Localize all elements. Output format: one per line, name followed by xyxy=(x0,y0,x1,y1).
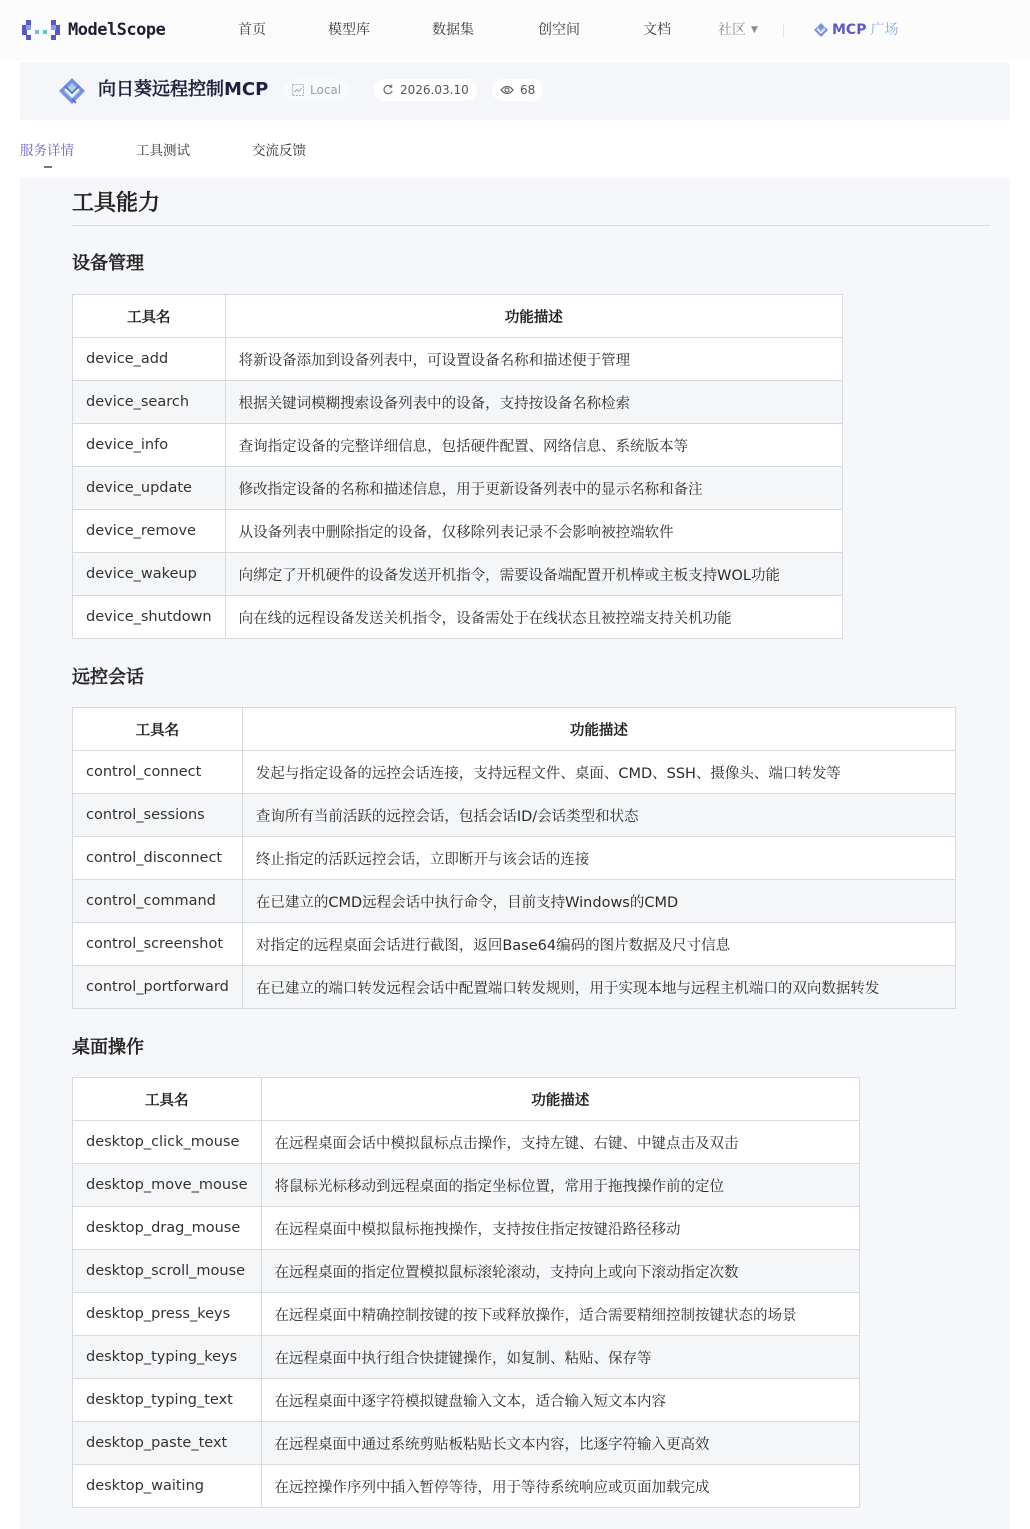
tool-description: 修改指定设备的名称和描述信息，用于更新设备列表中的显示名称和备注 xyxy=(225,467,842,510)
tool-description: 在远程桌面中通过系统剪贴板粘贴长文本内容，比逐字符输入更高效 xyxy=(261,1422,860,1465)
tool-description: 在远程桌面会话中模拟鼠标点击操作，支持左键、右键、中键点击及双击 xyxy=(261,1121,860,1164)
tool-name: desktop_typing_text xyxy=(73,1379,262,1422)
subsection-title-desktop-operations: 桌面操作 xyxy=(72,1035,144,1061)
nav-studios[interactable]: 创空间 xyxy=(538,20,580,40)
table-row: desktop_scroll_mouse在远程桌面的指定位置模拟鼠标滚轮滚动，支… xyxy=(73,1250,860,1293)
chevron-down-icon: ▼ xyxy=(751,25,758,35)
tool-description: 查询所有当前活跃的远控会话，包括会话ID/会话类型和状态 xyxy=(242,794,955,837)
tool-name: desktop_move_mouse xyxy=(73,1164,262,1207)
table-row: desktop_click_mouse在远程桌面会话中模拟鼠标点击操作，支持左键… xyxy=(73,1121,860,1164)
table-row: desktop_typing_text在远程桌面中逐字符模拟键盘输入文本，适合输… xyxy=(73,1379,860,1422)
refresh-icon xyxy=(382,84,394,96)
nav-mcp-label-b: 广场 xyxy=(870,20,898,40)
views-badge: 68 xyxy=(492,79,543,101)
tab-tool-testing[interactable]: 工具测试 xyxy=(136,141,190,161)
table-header-row: 工具名 功能描述 xyxy=(73,708,956,751)
table-row: control_portforward在已建立的端口转发远程会话中配置端口转发规… xyxy=(73,966,956,1009)
active-tab-indicator xyxy=(44,166,52,168)
table-header-row: 工具名 功能描述 xyxy=(73,295,843,338)
table-row: device_update修改指定设备的名称和描述信息，用于更新设备列表中的显示… xyxy=(73,467,843,510)
table-row: device_search根据关键词模糊搜索设备列表中的设备，支持按设备名称检索 xyxy=(73,381,843,424)
detail-tabs: 服务详情 工具测试 交流反馈 xyxy=(0,138,1030,176)
tool-name: desktop_typing_keys xyxy=(73,1336,262,1379)
modelscope-logo-icon xyxy=(22,18,60,42)
tool-description: 在远程桌面中精确控制按键的按下或释放操作，适合需要精细控制按键状态的场景 xyxy=(261,1293,860,1336)
tool-description: 将鼠标光标移动到远程桌面的指定坐标位置，常用于拖拽操作前的定位 xyxy=(261,1164,860,1207)
local-deploy-icon xyxy=(292,84,304,96)
table-row: device_remove从设备列表中删除指定的设备，仅移除列表记录不会影响被控… xyxy=(73,510,843,553)
tool-name: device_remove xyxy=(73,510,226,553)
service-header-card: 向日葵远程控制MCP Local 2026.03.10 68 xyxy=(20,62,1010,120)
local-badge-label: Local xyxy=(310,83,341,97)
column-header-tool-name: 工具名 xyxy=(73,1078,262,1121)
tool-description: 查询指定设备的完整详细信息，包括硬件配置、网络信息、系统版本等 xyxy=(225,424,842,467)
tool-description: 在远程桌面中模拟鼠标拖拽操作，支持按住指定按键沿路径移动 xyxy=(261,1207,860,1250)
tool-description: 在远程桌面中执行组合快捷键操作，如复制、粘贴、保存等 xyxy=(261,1336,860,1379)
tool-name: desktop_paste_text xyxy=(73,1422,262,1465)
nav-community-label: 社区 xyxy=(718,22,746,38)
tool-name: desktop_drag_mouse xyxy=(73,1207,262,1250)
nav-models[interactable]: 模型库 xyxy=(328,20,370,40)
column-header-description: 功能描述 xyxy=(242,708,955,751)
local-badge: Local xyxy=(284,79,349,101)
nav-docs[interactable]: 文档 xyxy=(643,20,671,40)
eye-icon xyxy=(500,84,514,96)
table-row: device_add将新设备添加到设备列表中，可设置设备名称和描述便于管理 xyxy=(73,338,843,381)
service-icon xyxy=(58,77,86,105)
logo-text: ModelScope xyxy=(68,20,165,40)
nav-mcp-square[interactable]: MCP广场 xyxy=(814,20,898,40)
tool-name: desktop_click_mouse xyxy=(73,1121,262,1164)
column-header-description: 功能描述 xyxy=(225,295,842,338)
table-row: desktop_drag_mouse在远程桌面中模拟鼠标拖拽操作，支持按住指定按… xyxy=(73,1207,860,1250)
subsection-title-remote-sessions: 远控会话 xyxy=(72,665,144,691)
tab-service-details[interactable]: 服务详情 xyxy=(20,141,74,161)
section-divider xyxy=(72,225,990,226)
modelscope-logo[interactable]: ModelScope xyxy=(22,17,165,43)
tool-name: control_command xyxy=(73,880,243,923)
table-row: control_screenshot对指定的远程桌面会话进行截图，返回Base6… xyxy=(73,923,956,966)
mcp-diamond-icon xyxy=(814,23,828,37)
table-row: desktop_paste_text在远程桌面中通过系统剪贴板粘贴长文本内容，比… xyxy=(73,1422,860,1465)
tool-name: control_connect xyxy=(73,751,243,794)
tool-description: 在远控操作序列中插入暂停等待，用于等待系统响应或页面加载完成 xyxy=(261,1465,860,1508)
column-header-description: 功能描述 xyxy=(261,1078,860,1121)
tool-description: 在已建立的端口转发远程会话中配置端口转发规则，用于实现本地与远程主机端口的双向数… xyxy=(242,966,955,1009)
tool-name: desktop_scroll_mouse xyxy=(73,1250,262,1293)
section-title: 工具能力 xyxy=(72,189,160,219)
tool-name: device_add xyxy=(73,338,226,381)
table-row: control_disconnect终止指定的活跃远控会话，立即断开与该会话的连… xyxy=(73,837,956,880)
subsection-title-device-management: 设备管理 xyxy=(72,251,144,277)
column-header-tool-name: 工具名 xyxy=(73,708,243,751)
tool-description: 向绑定了开机硬件的设备发送开机指令，需要设备端配置开机棒或主板支持WOL功能 xyxy=(225,553,842,596)
top-navbar: ModelScope 首页 模型库 数据集 创空间 文档 社区▼ MCP广场 xyxy=(0,0,1030,60)
tool-name: control_portforward xyxy=(73,966,243,1009)
remote-sessions-table: 工具名 功能描述 control_connect发起与指定设备的远控会话连接，支… xyxy=(72,707,956,1009)
tool-description: 在远程桌面中逐字符模拟键盘输入文本，适合输入短文本内容 xyxy=(261,1379,860,1422)
table-row: desktop_typing_keys在远程桌面中执行组合快捷键操作，如复制、粘… xyxy=(73,1336,860,1379)
nav-mcp-label-a: MCP xyxy=(832,20,866,40)
table-row: desktop_move_mouse将鼠标光标移动到远程桌面的指定坐标位置，常用… xyxy=(73,1164,860,1207)
table-row: device_shutdown向在线的远程设备发送关机指令，设备需处于在线状态且… xyxy=(73,596,843,639)
tool-name: desktop_waiting xyxy=(73,1465,262,1508)
tool-description: 在远程桌面的指定位置模拟鼠标滚轮滚动，支持向上或向下滚动指定次数 xyxy=(261,1250,860,1293)
tool-name: control_disconnect xyxy=(73,837,243,880)
tool-description: 终止指定的活跃远控会话，立即断开与该会话的连接 xyxy=(242,837,955,880)
service-title: 向日葵远程控制MCP xyxy=(98,77,268,103)
nav-community[interactable]: 社区▼ xyxy=(718,20,758,40)
tool-name: device_update xyxy=(73,467,226,510)
tool-description: 从设备列表中删除指定的设备，仅移除列表记录不会影响被控端软件 xyxy=(225,510,842,553)
tool-name: device_info xyxy=(73,424,226,467)
nav-divider xyxy=(783,24,784,38)
tool-name: device_shutdown xyxy=(73,596,226,639)
tool-name: device_wakeup xyxy=(73,553,226,596)
content-panel: 工具能力 设备管理 工具名 功能描述 device_add将新设备添加到设备列表… xyxy=(20,178,1010,1529)
tool-name: control_screenshot xyxy=(73,923,243,966)
tool-description: 对指定的远程桌面会话进行截图，返回Base64编码的图片数据及尺寸信息 xyxy=(242,923,955,966)
table-row: control_command在已建立的CMD远程会话中执行命令，目前支持Win… xyxy=(73,880,956,923)
table-row: desktop_press_keys在远程桌面中精确控制按键的按下或释放操作，适… xyxy=(73,1293,860,1336)
tool-name: device_search xyxy=(73,381,226,424)
table-header-row: 工具名 功能描述 xyxy=(73,1078,860,1121)
tool-description: 在已建立的CMD远程会话中执行命令，目前支持Windows的CMD xyxy=(242,880,955,923)
table-row: device_info查询指定设备的完整详细信息，包括硬件配置、网络信息、系统版… xyxy=(73,424,843,467)
desktop-operations-table: 工具名 功能描述 desktop_click_mouse在远程桌面会话中模拟鼠标… xyxy=(72,1077,860,1508)
column-header-tool-name: 工具名 xyxy=(73,295,226,338)
update-date-badge: 2026.03.10 xyxy=(374,79,477,101)
tool-description: 根据关键词模糊搜索设备列表中的设备，支持按设备名称检索 xyxy=(225,381,842,424)
nav-datasets[interactable]: 数据集 xyxy=(432,20,474,40)
tool-description: 将新设备添加到设备列表中，可设置设备名称和描述便于管理 xyxy=(225,338,842,381)
table-row: desktop_waiting在远控操作序列中插入暂停等待，用于等待系统响应或页… xyxy=(73,1465,860,1508)
table-row: control_connect发起与指定设备的远控会话连接，支持远程文件、桌面、… xyxy=(73,751,956,794)
update-date: 2026.03.10 xyxy=(400,83,469,97)
table-row: device_wakeup向绑定了开机硬件的设备发送开机指令，需要设备端配置开机… xyxy=(73,553,843,596)
tool-description: 向在线的远程设备发送关机指令，设备需处于在线状态且被控端支持关机功能 xyxy=(225,596,842,639)
table-row: control_sessions查询所有当前活跃的远控会话，包括会话ID/会话类… xyxy=(73,794,956,837)
tool-name: control_sessions xyxy=(73,794,243,837)
nav-home[interactable]: 首页 xyxy=(238,20,266,40)
tab-feedback[interactable]: 交流反馈 xyxy=(252,141,306,161)
device-management-table: 工具名 功能描述 device_add将新设备添加到设备列表中，可设置设备名称和… xyxy=(72,294,843,639)
tool-name: desktop_press_keys xyxy=(73,1293,262,1336)
views-count: 68 xyxy=(520,83,535,97)
tool-description: 发起与指定设备的远控会话连接，支持远程文件、桌面、CMD、SSH、摄像头、端口转… xyxy=(242,751,955,794)
